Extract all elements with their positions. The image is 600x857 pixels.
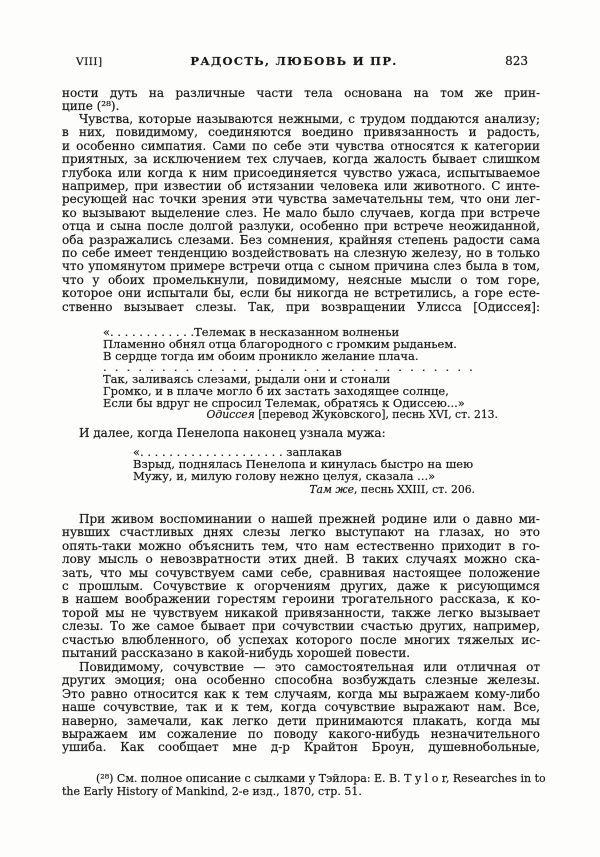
attribution-detail: , песнь XXIII, ст. 206. bbox=[354, 483, 475, 496]
text-line: Чувства, которые называются нежными, с т… bbox=[62, 113, 540, 126]
text-line: в нашем воображении горестям героини тро… bbox=[62, 593, 540, 606]
text-line: нувших счастливых днях слезы легко высту… bbox=[62, 526, 540, 539]
paragraph-sympathy-emotion: Повидимому, сочувствие — это самостоятел… bbox=[62, 661, 540, 755]
text-line: ственно вызывает слезы. Так, при возвращ… bbox=[62, 301, 540, 314]
text-line: опять-таки можно объяснить тем, что нам … bbox=[62, 540, 540, 553]
text-line: приятных, за исключением тех случаев, ко… bbox=[62, 153, 540, 166]
text-line: ушиба. Как сообщает мне д-р Крайтон Броу… bbox=[62, 741, 540, 754]
quote-attribution-odyssey-23: Там же, песнь XXIII, ст. 206. bbox=[62, 484, 540, 496]
text-line: в них, повидимому, соединяются воедино п… bbox=[62, 126, 540, 139]
paragraph-penelope-intro: И далее, когда Пенелопа наконец узнала м… bbox=[62, 427, 540, 440]
text-line: которое они испытали бы, если бы никогда… bbox=[62, 287, 540, 300]
attribution-detail: [перевод Жуковского], песнь XVI, ст. 213… bbox=[255, 408, 498, 421]
paragraph-continued: ности дуть на различные части тела основ… bbox=[62, 87, 540, 114]
attribution-source-title: Одиссея bbox=[207, 408, 255, 421]
text-line: пытаний рассказано в какой-нибудь хороше… bbox=[62, 647, 540, 660]
paragraph-memories: При живом воспоминании о нашей прежней р… bbox=[62, 513, 540, 660]
text-line: the Early History of Mankind, 2-е изд., … bbox=[62, 786, 540, 799]
text-line: (²⁸) См. полное описание с сылками у Тэй… bbox=[62, 773, 540, 786]
page-number: 823 bbox=[505, 54, 528, 68]
text-line: При живом воспоминании о нашей прежней р… bbox=[62, 513, 540, 526]
text-line: Мужу, и, милую голову нежно целуя, сказа… bbox=[133, 471, 540, 483]
text-line: слезы. То же самое бывает при сочувствии… bbox=[62, 620, 540, 633]
text-line: отца и сына после долгой разлуки, особен… bbox=[62, 220, 540, 233]
scanned-book-page: VIII] РАДОСТЬ, ЛЮБОВЬ И ПР. 823 ности ду… bbox=[0, 0, 600, 857]
text-line: И далее, когда Пенелопа наконец узнала м… bbox=[62, 427, 540, 440]
text-line: что упомянутом примере встречи отца с сы… bbox=[62, 260, 540, 273]
running-header: VIII] РАДОСТЬ, ЛЮБОВЬ И ПР. 823 bbox=[62, 54, 540, 70]
verse-quote-odyssey-23: «. . . . . . . . . . . . . . . . . . . .… bbox=[133, 447, 540, 482]
footnote-28: (²⁸) См. полное описание с сылками у Тэй… bbox=[62, 773, 540, 798]
text-line: например, при известии об истязании чело… bbox=[62, 180, 540, 193]
running-title: РАДОСТЬ, ЛЮБОВЬ И ПР. bbox=[62, 54, 526, 68]
text-line: ресующей нас точки зрения эти чувства за… bbox=[62, 193, 540, 206]
verse-quote-odyssey-16: «. . . . . . . . . . . .Телемак в несказ… bbox=[103, 327, 540, 410]
paragraph-tender-feelings: Чувства, которые называются нежными, с т… bbox=[62, 113, 540, 314]
text-line: ности дуть на различные части тела основ… bbox=[62, 87, 540, 100]
text-line: лову мысль о невозвратности этих дней. В… bbox=[62, 553, 540, 566]
text-line: зать, что мы сочувствуем сами себе, срав… bbox=[62, 567, 540, 580]
quote-attribution-odyssey-16: Одиссея [перевод Жуковского], песнь XVI,… bbox=[62, 409, 540, 421]
text-line: наше сочувствие, так и к тем, когда сочу… bbox=[62, 701, 540, 714]
text-line: других эмоция; она особенно способна воз… bbox=[62, 674, 540, 687]
text-line: Это равно относится как к тем случаям, к… bbox=[62, 688, 540, 701]
attribution-source-title: Там же bbox=[309, 483, 354, 496]
